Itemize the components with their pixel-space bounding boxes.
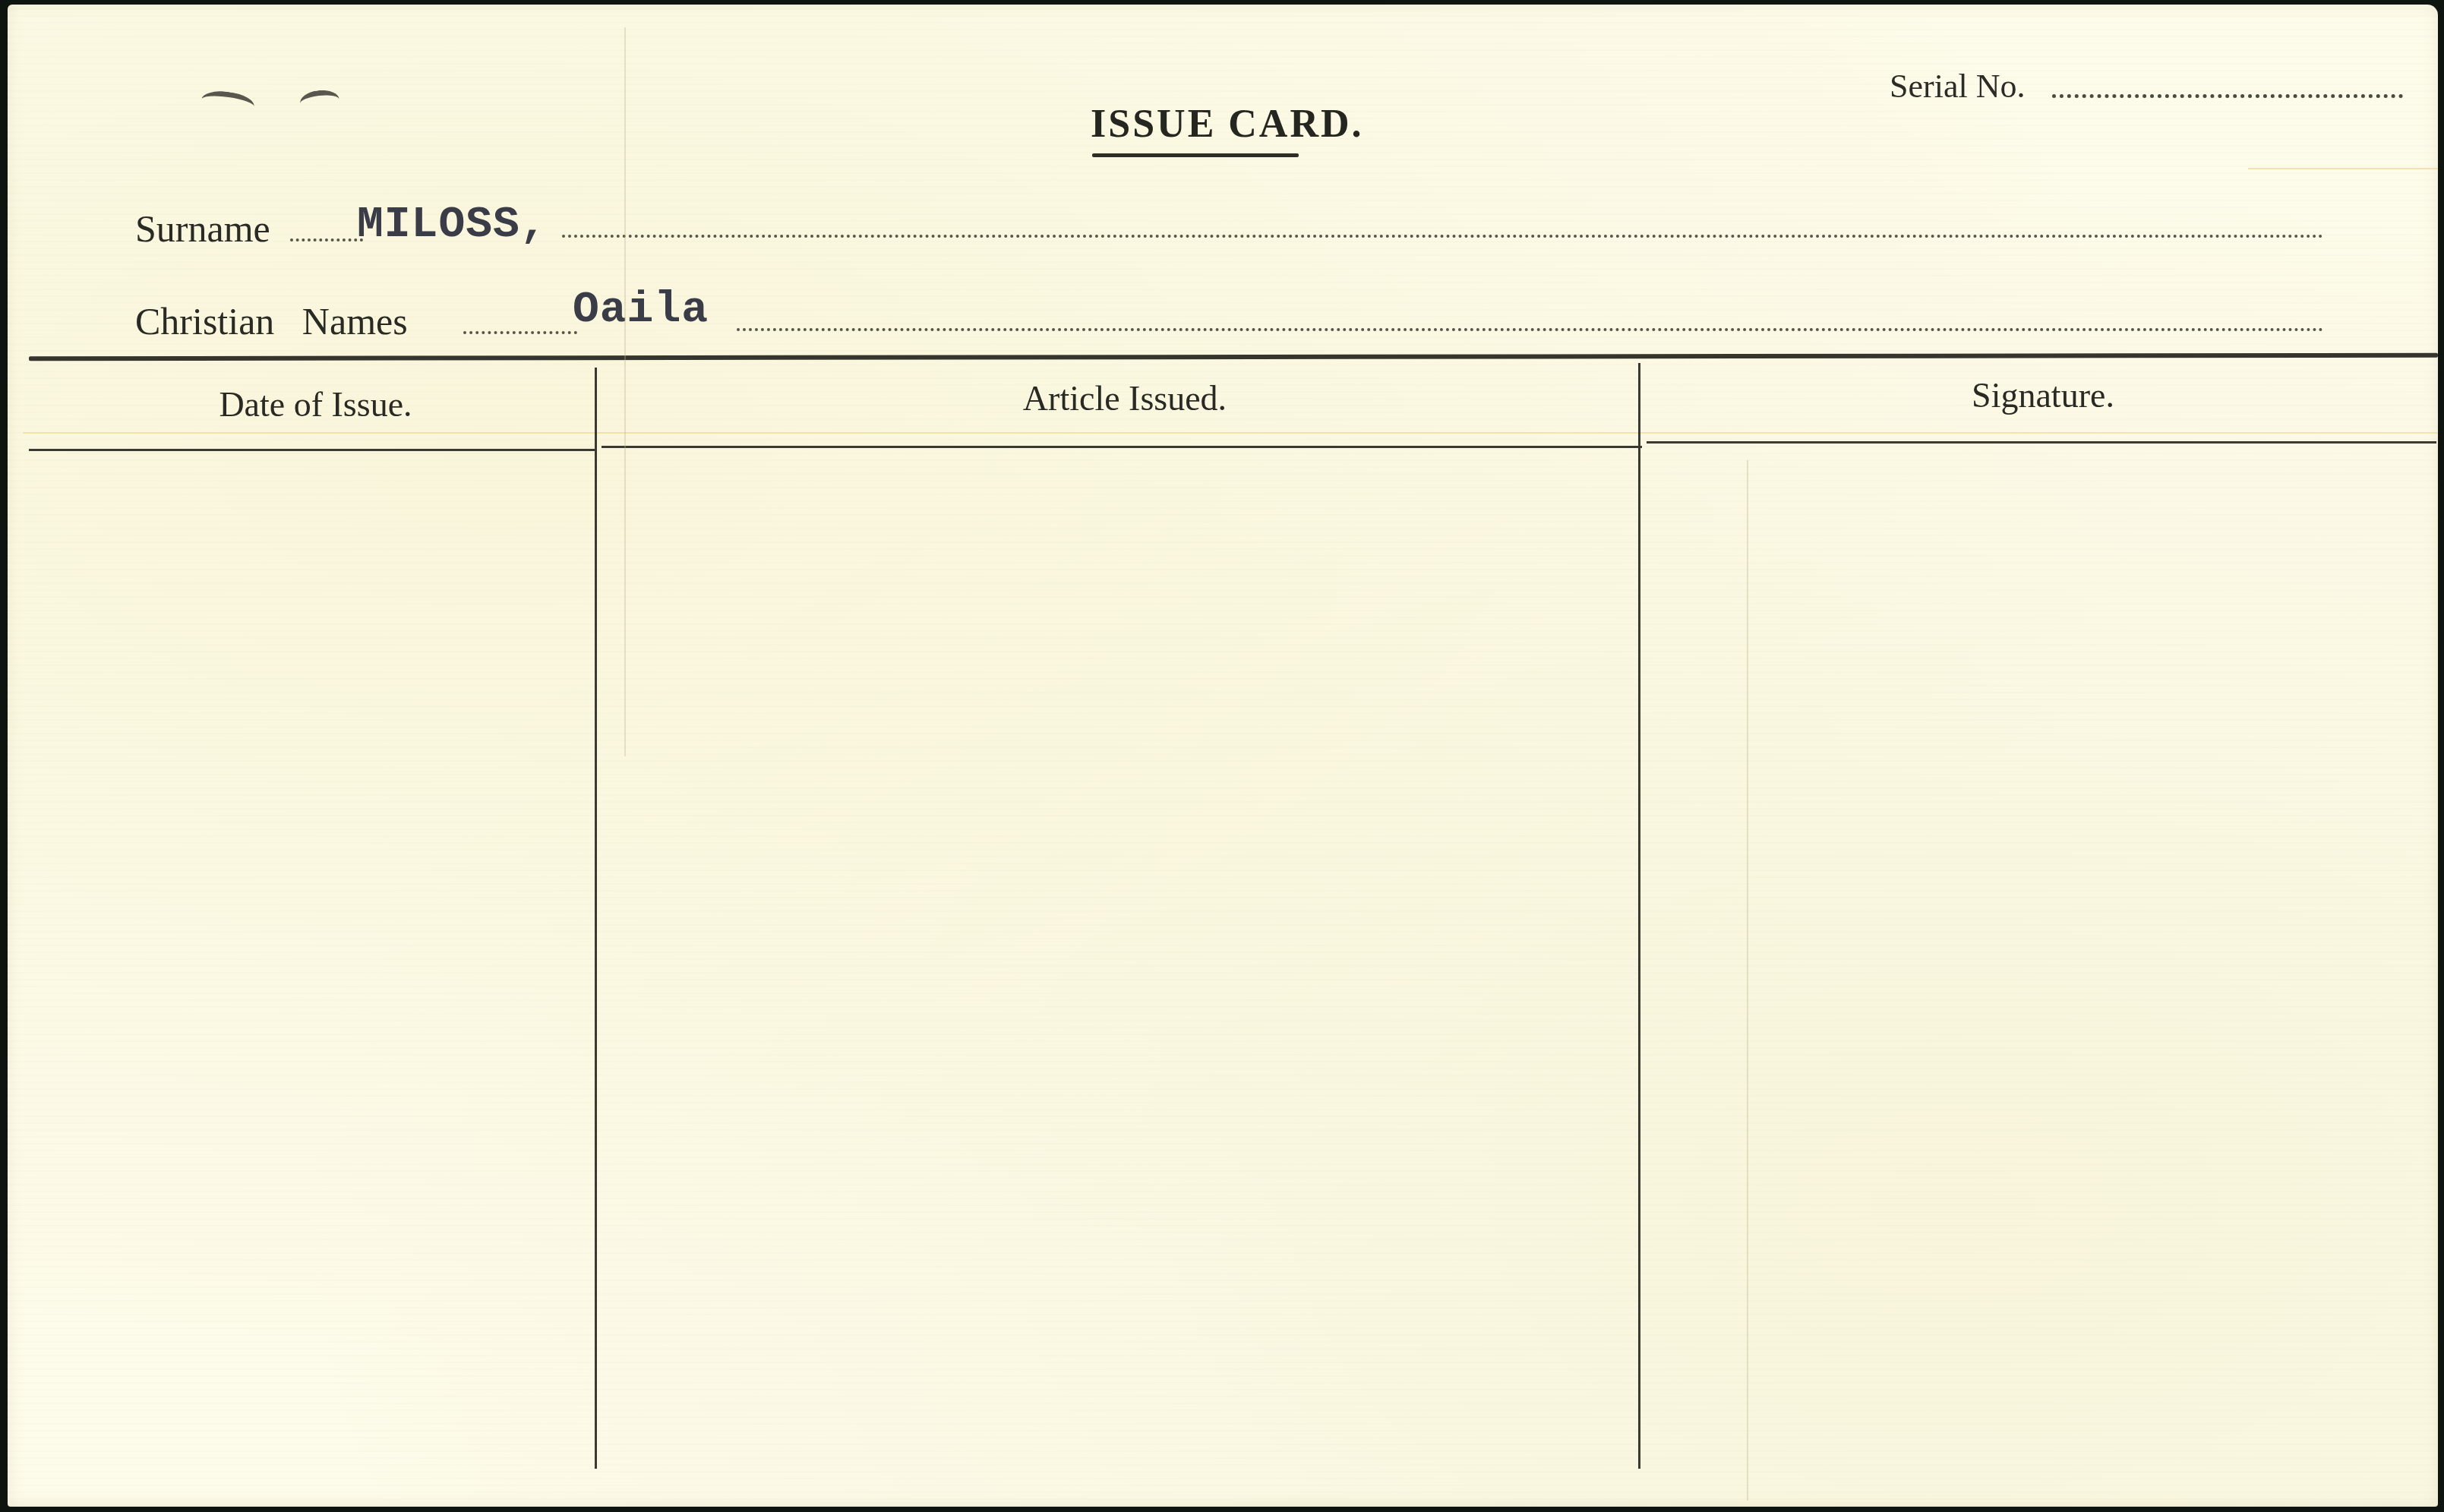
date-column-header-rule — [29, 449, 597, 451]
issue-card: Serial No. ISSUE CARD. Surname MILOSS, C… — [8, 5, 2438, 1507]
surname-label: Surname — [135, 207, 270, 251]
column-divider-1 — [595, 368, 597, 1469]
date-of-issue-cell[interactable] — [29, 454, 592, 1469]
article-column-header-rule — [602, 446, 1642, 448]
serial-number-field[interactable] — [2052, 94, 2403, 98]
christian-names-label: Christian Names — [135, 299, 408, 343]
surname-value[interactable]: MILOSS, — [357, 200, 548, 250]
column-header-signature: Signature. — [1648, 375, 2438, 415]
column-divider-2 — [1638, 363, 1640, 1469]
show-through-line — [2248, 168, 2438, 169]
surname-leader-dots — [290, 238, 363, 241]
christian-names-field-line — [737, 328, 2324, 331]
card-title: ISSUE CARD. — [1091, 102, 1364, 147]
column-header-date-of-issue: Date of Issue. — [29, 384, 602, 425]
header-separator-rule — [29, 353, 2438, 361]
pencil-mark-left — [200, 88, 255, 117]
surname-field-line — [562, 235, 2324, 238]
faint-guide-line — [23, 432, 2438, 434]
column-header-article-issued: Article Issued. — [605, 378, 1645, 418]
serial-number-label: Serial No. — [1890, 67, 2025, 106]
title-underline — [1092, 153, 1299, 157]
pencil-mark-right — [299, 88, 341, 114]
signature-column-header-rule — [1647, 441, 2436, 443]
signature-cell[interactable] — [1644, 447, 2433, 1469]
christian-names-leader-dots — [463, 331, 577, 334]
christian-names-value[interactable]: Oaila — [573, 286, 709, 335]
article-issued-cell[interactable] — [600, 451, 1636, 1469]
